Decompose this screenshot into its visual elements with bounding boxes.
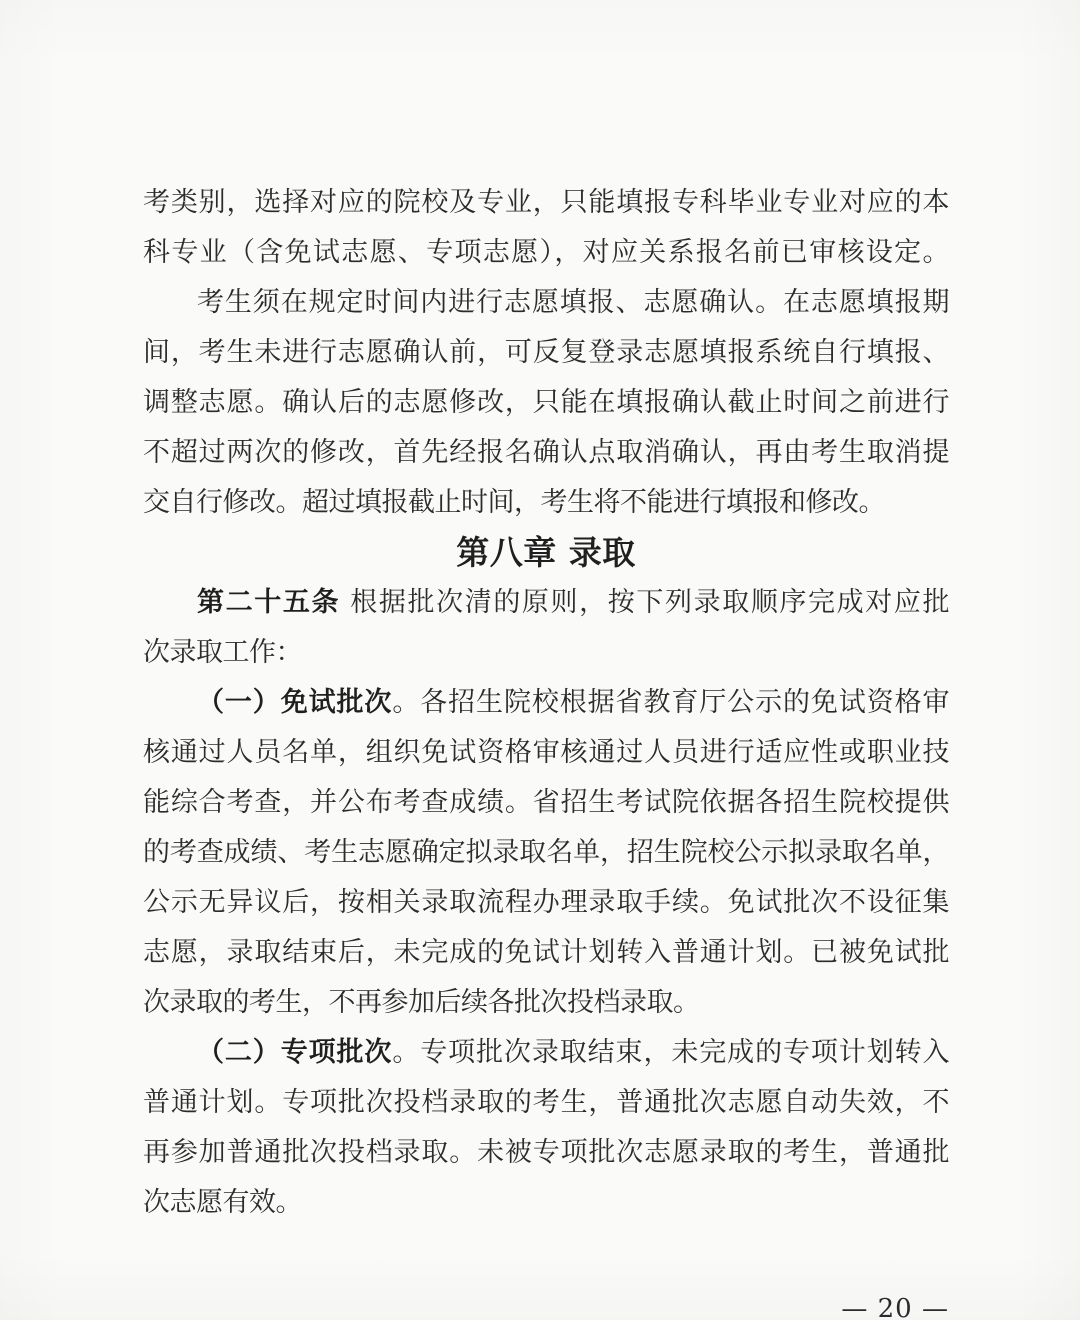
text-segment: 的考查成绩、考生志愿确定拟录取名单，招生院校公示拟录取名单， [143,837,949,868]
text-line: 第二十五条 根据批次清的原则，按下列录取顺序完成对应批 [143,578,949,628]
text-line: 考生须在规定时间内进行志愿填报、志愿确认。在志愿填报期 [143,278,949,328]
text-line: 调整志愿。确认后的志愿修改，只能在填报确认截止时间之前进行 [143,378,949,428]
text-segment: 考生须在规定时间内进行志愿填报、志愿确认。在志愿填报期 [197,287,949,318]
text-segment: 次志愿有效。 [143,1187,302,1218]
text-line: 核通过人员名单，组织免试资格审核通过人员进行适应性或职业技 [143,728,949,778]
text-line: 间，考生未进行志愿确认前，可反复登录志愿填报系统自行填报、 [143,328,949,378]
text-segment: 次录取工作： [143,637,302,668]
bold-text-segment: 第八章 录取 [456,533,636,572]
text-line: （二）专项批次。专项批次录取结束，未完成的专项计划转入 [143,1028,949,1078]
text-segment: 志愿，录取结束后，未完成的免试计划转入普通计划。已被免试批 [143,937,949,968]
text-segment: 。专项批次录取结束，未完成的专项计划转入 [392,1037,949,1068]
text-line: 再参加普通批次投档录取。未被专项批次志愿录取的考生，普通批 [143,1128,949,1178]
text-segment: 。各招生院校根据省教育厅公示的免试资格审 [392,687,949,718]
text-line: 次录取的考生，不再参加后续各批次投档录取。 [143,978,949,1028]
text-segment: 调整志愿。确认后的志愿修改，只能在填报确认截止时间之前进行 [143,387,949,418]
text-segment: 考类别，选择对应的院校及专业，只能填报专科毕业专业对应的本 [143,187,949,218]
text-segment: 间，考生未进行志愿确认前，可反复登录志愿填报系统自行填报、 [143,337,949,368]
bold-text-segment: （二）专项批次 [197,1037,392,1068]
text-line: 次录取工作： [143,628,949,678]
text-line: 考类别，选择对应的院校及专业，只能填报专科毕业专业对应的本 [143,178,949,228]
text-segment: 再参加普通批次投档录取。未被专项批次志愿录取的考生，普通批 [143,1137,949,1168]
text-segment: 核通过人员名单，组织免试资格审核通过人员进行适应性或职业技 [143,737,949,768]
text-line: 志愿，录取结束后，未完成的免试计划转入普通计划。已被免试批 [143,928,949,978]
bold-text-segment: （一）免试批次 [197,687,392,718]
text-segment: 根据批次清的原则，按下列录取顺序完成对应批 [340,587,949,618]
text-segment: 科专业（含免试志愿、专项志愿），对应关系报名前已审核设定。 [143,237,949,268]
text-segment: 不超过两次的修改，首先经报名确认点取消确认，再由考生取消提 [143,437,949,468]
text-segment: 次录取的考生，不再参加后续各批次投档录取。 [143,987,700,1018]
text-line: 公示无异议后，按相关录取流程办理录取手续。免试批次不设征集 [143,878,949,928]
page-number: — 20 — [841,1294,949,1320]
text-line: 能综合考查，并公布考查成绩。省招生考试院依据各招生院校提供 [143,778,949,828]
bold-text-segment: 第二十五条 [197,587,340,618]
text-line: 次志愿有效。 [143,1178,949,1228]
text-segment: 能综合考查，并公布考查成绩。省招生考试院依据各招生院校提供 [143,787,949,818]
text-line: 不超过两次的修改，首先经报名确认点取消确认，再由考生取消提 [143,428,949,478]
text-line: 交自行修改。超过填报截止时间，考生将不能进行填报和修改。 [143,478,949,528]
scanned-document-page: 考类别，选择对应的院校及专业，只能填报专科毕业专业对应的本科专业（含免试志愿、专… [0,0,1080,1320]
text-line: （一）免试批次。各招生院校根据省教育厅公示的免试资格审 [143,678,949,728]
text-line: 科专业（含免试志愿、专项志愿），对应关系报名前已审核设定。 [143,228,949,278]
text-segment: 公示无异议后，按相关录取流程办理录取手续。免试批次不设征集 [143,887,949,918]
text-segment: 交自行修改。超过填报截止时间，考生将不能进行填报和修改。 [143,487,885,518]
text-segment: 普通计划。专项批次投档录取的考生，普通批次志愿自动失效，不 [143,1087,949,1118]
text-line: 普通计划。专项批次投档录取的考生，普通批次志愿自动失效，不 [143,1078,949,1128]
document-body: 考类别，选择对应的院校及专业，只能填报专科毕业专业对应的本科专业（含免试志愿、专… [143,178,949,1228]
text-line: 的考查成绩、考生志愿确定拟录取名单，招生院校公示拟录取名单， [143,828,949,878]
chapter-heading: 第八章 录取 [143,528,949,578]
